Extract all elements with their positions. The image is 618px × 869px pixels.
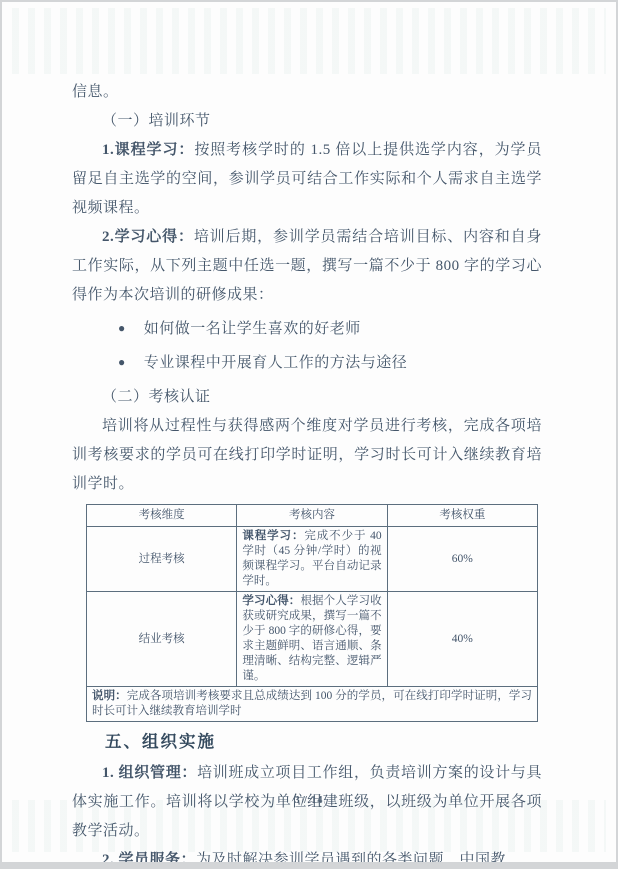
paragraph-course-study-lead: 1.课程学习： [102,142,194,158]
bullet-icon: ● [118,314,126,343]
paragraph-learning-reflection: 2.学习心得：培训后期，参训学员需结合培训目标、内容和自身工作实际，从下列主题中… [72,223,542,310]
bullet-item-text: 专业课程中开展育人工作的方法与途径 [144,355,408,371]
table-cell-dimension: 过程考核 [87,527,237,592]
document-page: 信息。 （一）培训环节 1.课程学习：按照考核学时的 1.5 倍以上提供选学内容… [2,2,616,862]
table-cell-content-lead: 学习心得： [242,595,300,607]
table-cell-dimension: 结业考核 [87,592,237,687]
bullet-icon: ● [118,348,126,377]
paragraph-learning-reflection-lead: 2.学习心得： [102,229,194,245]
table-cell-content-body: 根据个人学习收获或研究成果，撰写一篇不少于 800 字的研修心得，要求主题鲜明、… [242,595,381,682]
section-heading-assessment-certification: （二）考核认证 [72,383,542,412]
paragraph-student-service: 2. 学员服务：为及时解决参训学员遇到的各类问题，中国教 [72,846,542,862]
document-content: 信息。 （一）培训环节 1.课程学习：按照考核学时的 1.5 倍以上提供选学内容… [2,2,616,862]
bullet-item-text: 如何做一名让学生喜欢的好老师 [144,321,361,337]
table-row: 过程考核 课程学习：完成不少于 40 学时（45 分钟/学时）的视频课程学习。平… [87,527,538,592]
table-note-row: 说明：完成各项培训考核要求且总成绩达到 100 分的学员，可在线打印学时证明，学… [87,687,538,722]
table-header-content: 考核内容 [237,505,387,527]
section-heading-organization: 五、组织实施 [72,731,542,753]
table-cell-content-lead: 课程学习： [242,530,304,542]
paragraph-student-service-body: 为及时解决参训学员遇到的各类问题，中国教 [196,852,506,862]
table-header-dimension: 考核维度 [87,505,237,527]
table-header-weight: 考核权重 [387,505,537,527]
page-number: 3 / 14 [2,795,616,807]
table-note-body: 完成各项培训考核要求且总成绩达到 100 分的学员，可在线打印学时证明，学习时长… [92,690,532,717]
list-item: ●如何做一名让学生喜欢的好老师 [118,315,542,344]
table-row: 结业考核 学习心得：根据个人学习收获或研究成果，撰写一篇不少于 800 字的研修… [87,592,538,687]
table-header-row: 考核维度 考核内容 考核权重 [87,505,538,527]
list-item: ●专业课程中开展育人工作的方法与途径 [118,349,542,378]
topic-bullet-list: ●如何做一名让学生喜欢的好老师 ●专业课程中开展育人工作的方法与途径 [72,315,542,378]
table-note-cell: 说明：完成各项培训考核要求且总成绩达到 100 分的学员，可在线打印学时证明，学… [87,687,538,722]
table-cell-content: 课程学习：完成不少于 40 学时（45 分钟/学时）的视频课程学习。平台自动记录… [237,527,387,592]
paragraph-assessment-overview: 培训将从过程性与获得感两个维度对学员进行考核，完成各项培训考核要求的学员可在线打… [72,412,542,499]
assessment-table: 考核维度 考核内容 考核权重 过程考核 课程学习：完成不少于 40 学时（45 … [86,504,538,722]
paragraph-continuation: 信息。 [72,78,542,107]
table-cell-content: 学习心得：根据个人学习收获或研究成果，撰写一篇不少于 800 字的研修心得，要求… [237,592,387,687]
paragraph-course-study: 1.课程学习：按照考核学时的 1.5 倍以上提供选学内容，为学员留足自主选学的空… [72,136,542,223]
table-note-lead: 说明： [92,690,127,702]
paragraph-org-management-lead: 1. 组织管理： [102,765,197,781]
table-cell-weight: 40% [387,592,537,687]
section-heading-training-steps: （一）培训环节 [72,107,542,136]
table-cell-weight: 60% [387,527,537,592]
paragraph-student-service-lead: 2. 学员服务： [102,852,196,862]
